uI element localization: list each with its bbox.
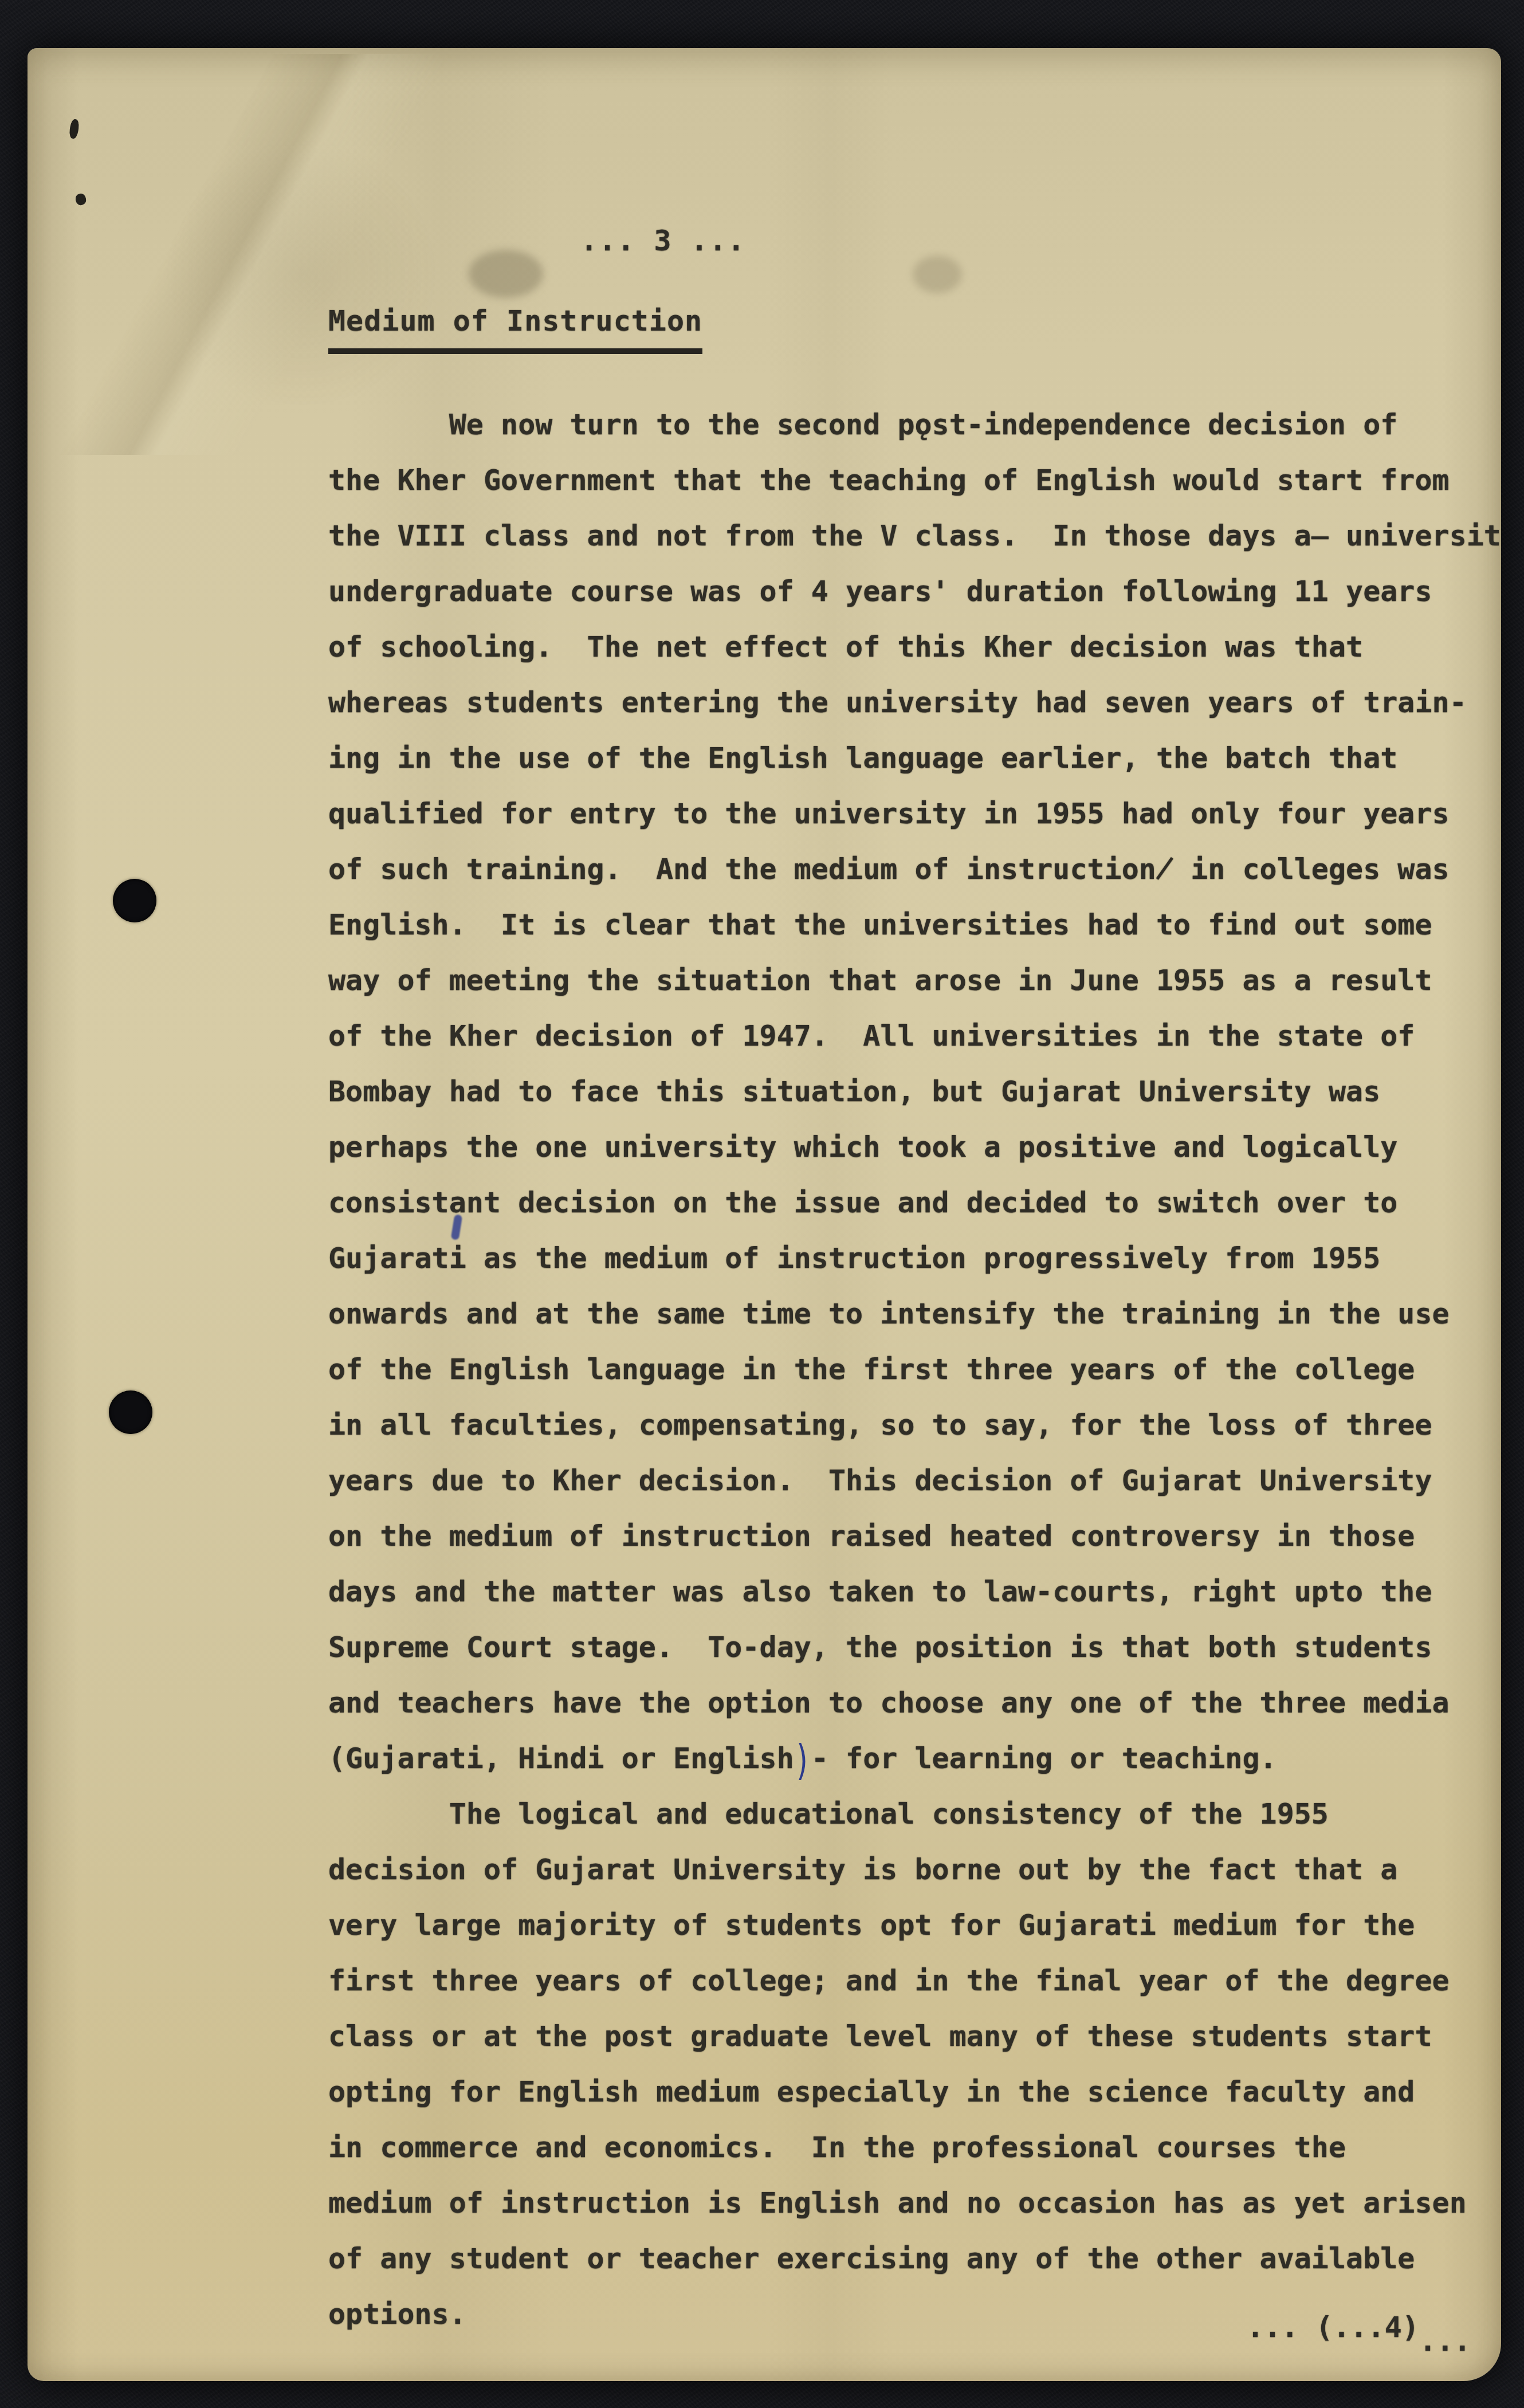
footer-text: ... (...4) xyxy=(1247,2311,1419,2344)
typed-line: Bombay had to face this situation, but G… xyxy=(328,1064,1501,1119)
typed-line: onwards and at the same time to intensif… xyxy=(328,1286,1501,1342)
typed-line: of the English language in the first thr… xyxy=(328,1342,1501,1397)
erased-smudge xyxy=(913,256,962,293)
typed-line: days and the matter was also taken to la… xyxy=(328,1564,1501,1620)
handwritten-paren: ) xyxy=(794,1721,811,1802)
typed-line: We now turn to the second pǫst-independe… xyxy=(328,397,1501,453)
typed-line: in commerce and economics. In the profes… xyxy=(328,2120,1501,2175)
erased-smudge xyxy=(469,250,543,298)
typed-line: whereas students entering the university… xyxy=(328,675,1501,730)
page-number: ... 3 ... xyxy=(580,223,746,258)
typed-line: medium of instruction is English and no … xyxy=(328,2175,1501,2231)
typed-body: We now turn to the second pǫst-independe… xyxy=(328,397,1501,2342)
typed-line: of schooling. The net effect of this Khe… xyxy=(328,619,1501,675)
typed-line: decision of Gujarat University is borne … xyxy=(328,1842,1501,1898)
staple-hole xyxy=(69,119,80,139)
typed-line: of the Kher decision of 1947. All univer… xyxy=(328,1008,1501,1064)
scan-background: ... 3 ... Medium of Instruction We now t… xyxy=(0,0,1524,2408)
paper-sheet: ... 3 ... Medium of Instruction We now t… xyxy=(28,48,1501,2381)
typed-line: English. It is clear that the universiti… xyxy=(328,897,1501,953)
typed-line: and teachers have the option to choose a… xyxy=(328,1675,1501,1731)
typed-line: way of meeting the situation that arose … xyxy=(328,953,1501,1008)
typed-line: very large majority of students opt for … xyxy=(328,1898,1501,1953)
staple-hole xyxy=(74,193,87,206)
typed-line: undergraduate course was of 4 years' dur… xyxy=(328,564,1501,619)
typed-line: opting for English medium especially in … xyxy=(328,2064,1501,2120)
typed-line: the VIII class and not from the V class.… xyxy=(328,508,1501,564)
punch-hole-top xyxy=(113,879,156,922)
typed-segment: - for learning or teaching. xyxy=(811,1742,1277,1775)
typed-line: consistant decision on the issue and dec… xyxy=(328,1175,1501,1231)
typed-line-with-handwriting: (Gujarati, Hindi or English)- for learni… xyxy=(328,1731,1501,1786)
typed-line: years due to Kher decision. This decisio… xyxy=(328,1453,1501,1509)
paragraph-2: The logical and educational consistency … xyxy=(328,1786,1501,2342)
punch-hole-bottom xyxy=(109,1390,152,1434)
section-heading: Medium of Instruction xyxy=(328,304,702,354)
typed-line: perhaps the one university which took a … xyxy=(328,1119,1501,1175)
typed-line: qualified for entry to the university in… xyxy=(328,786,1501,842)
typed-line: first three years of college; and in the… xyxy=(328,1953,1501,2009)
paragraph-1: We now turn to the second pǫst-independe… xyxy=(328,397,1501,1731)
typed-line: in all faculties, compensating, so to sa… xyxy=(328,1397,1501,1453)
typed-line: Supreme Court stage. To-day, the positio… xyxy=(328,1620,1501,1675)
footer-tail-dots: ... xyxy=(1419,2324,1471,2358)
typed-line: the Kher Government that the teaching of… xyxy=(328,453,1501,508)
typed-line: ing in the use of the English language e… xyxy=(328,730,1501,786)
paper-crease xyxy=(50,54,486,455)
typed-segment: (Gujarati, Hindi or English xyxy=(328,1742,794,1775)
page-continuation-ref: ... (...4)... xyxy=(1247,2310,1471,2344)
typed-line: of such training. And the medium of inst… xyxy=(328,842,1501,897)
typed-line: of any student or teacher exercising any… xyxy=(328,2231,1501,2287)
typed-line: The logical and educational consistency … xyxy=(328,1786,1501,1842)
typed-line: on the medium of instruction raised heat… xyxy=(328,1509,1501,1564)
typed-line: class or at the post graduate level many… xyxy=(328,2009,1501,2064)
typed-line: Gujarati as the medium of instruction pr… xyxy=(328,1231,1501,1286)
